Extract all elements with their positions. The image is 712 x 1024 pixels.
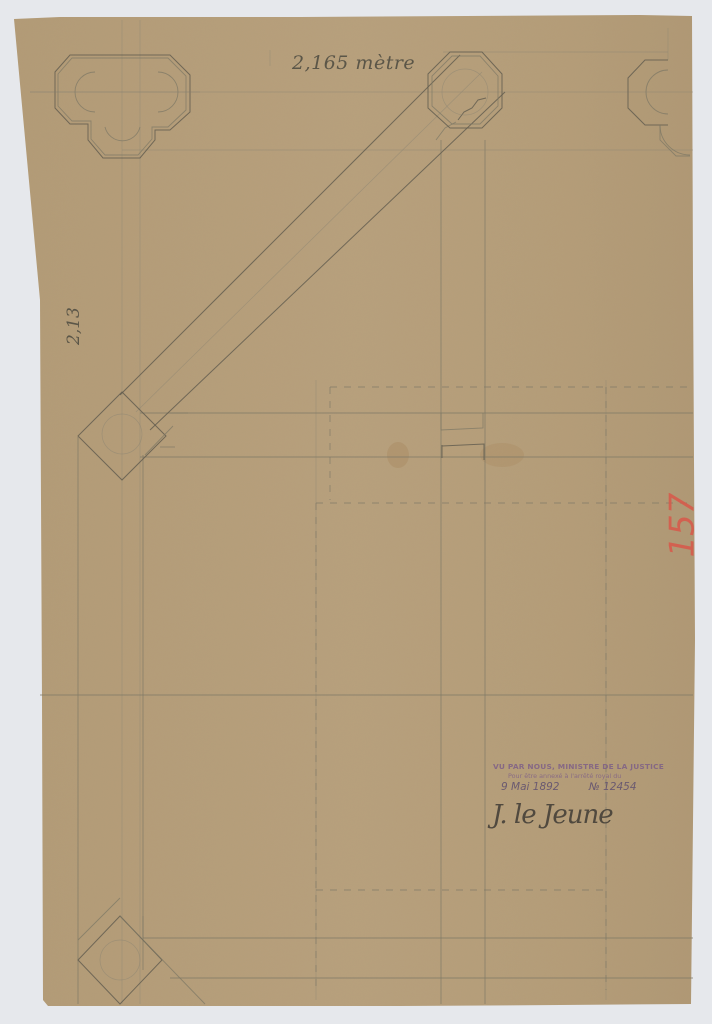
stamp-number: № 12454 [589,781,637,793]
dimension-top-label: 2,165 mètre [292,52,415,74]
dimension-side-label: 2,13 [64,307,84,345]
folio-number: 157 [662,493,702,558]
drawing-canvas [0,0,712,1024]
stamp-title: VU PAR NOUS, MINISTRE DE LA JUSTICE [493,762,693,771]
stamp-subtitle: Pour être annexé à l'arrêté royal du [508,772,693,780]
drawing-sheet: 2,165 mètre 2,13 157 VU PAR NOUS, MINIST… [0,0,712,1024]
signature: J. le Jeune [492,800,613,830]
paper [14,15,695,1006]
stamp-date: 9 Mai 1892 [501,781,560,793]
ministry-stamp: VU PAR NOUS, MINISTRE DE LA JUSTICE Pour… [493,762,693,793]
stamp-date-number: 9 Mai 1892 № 12454 [493,781,693,793]
